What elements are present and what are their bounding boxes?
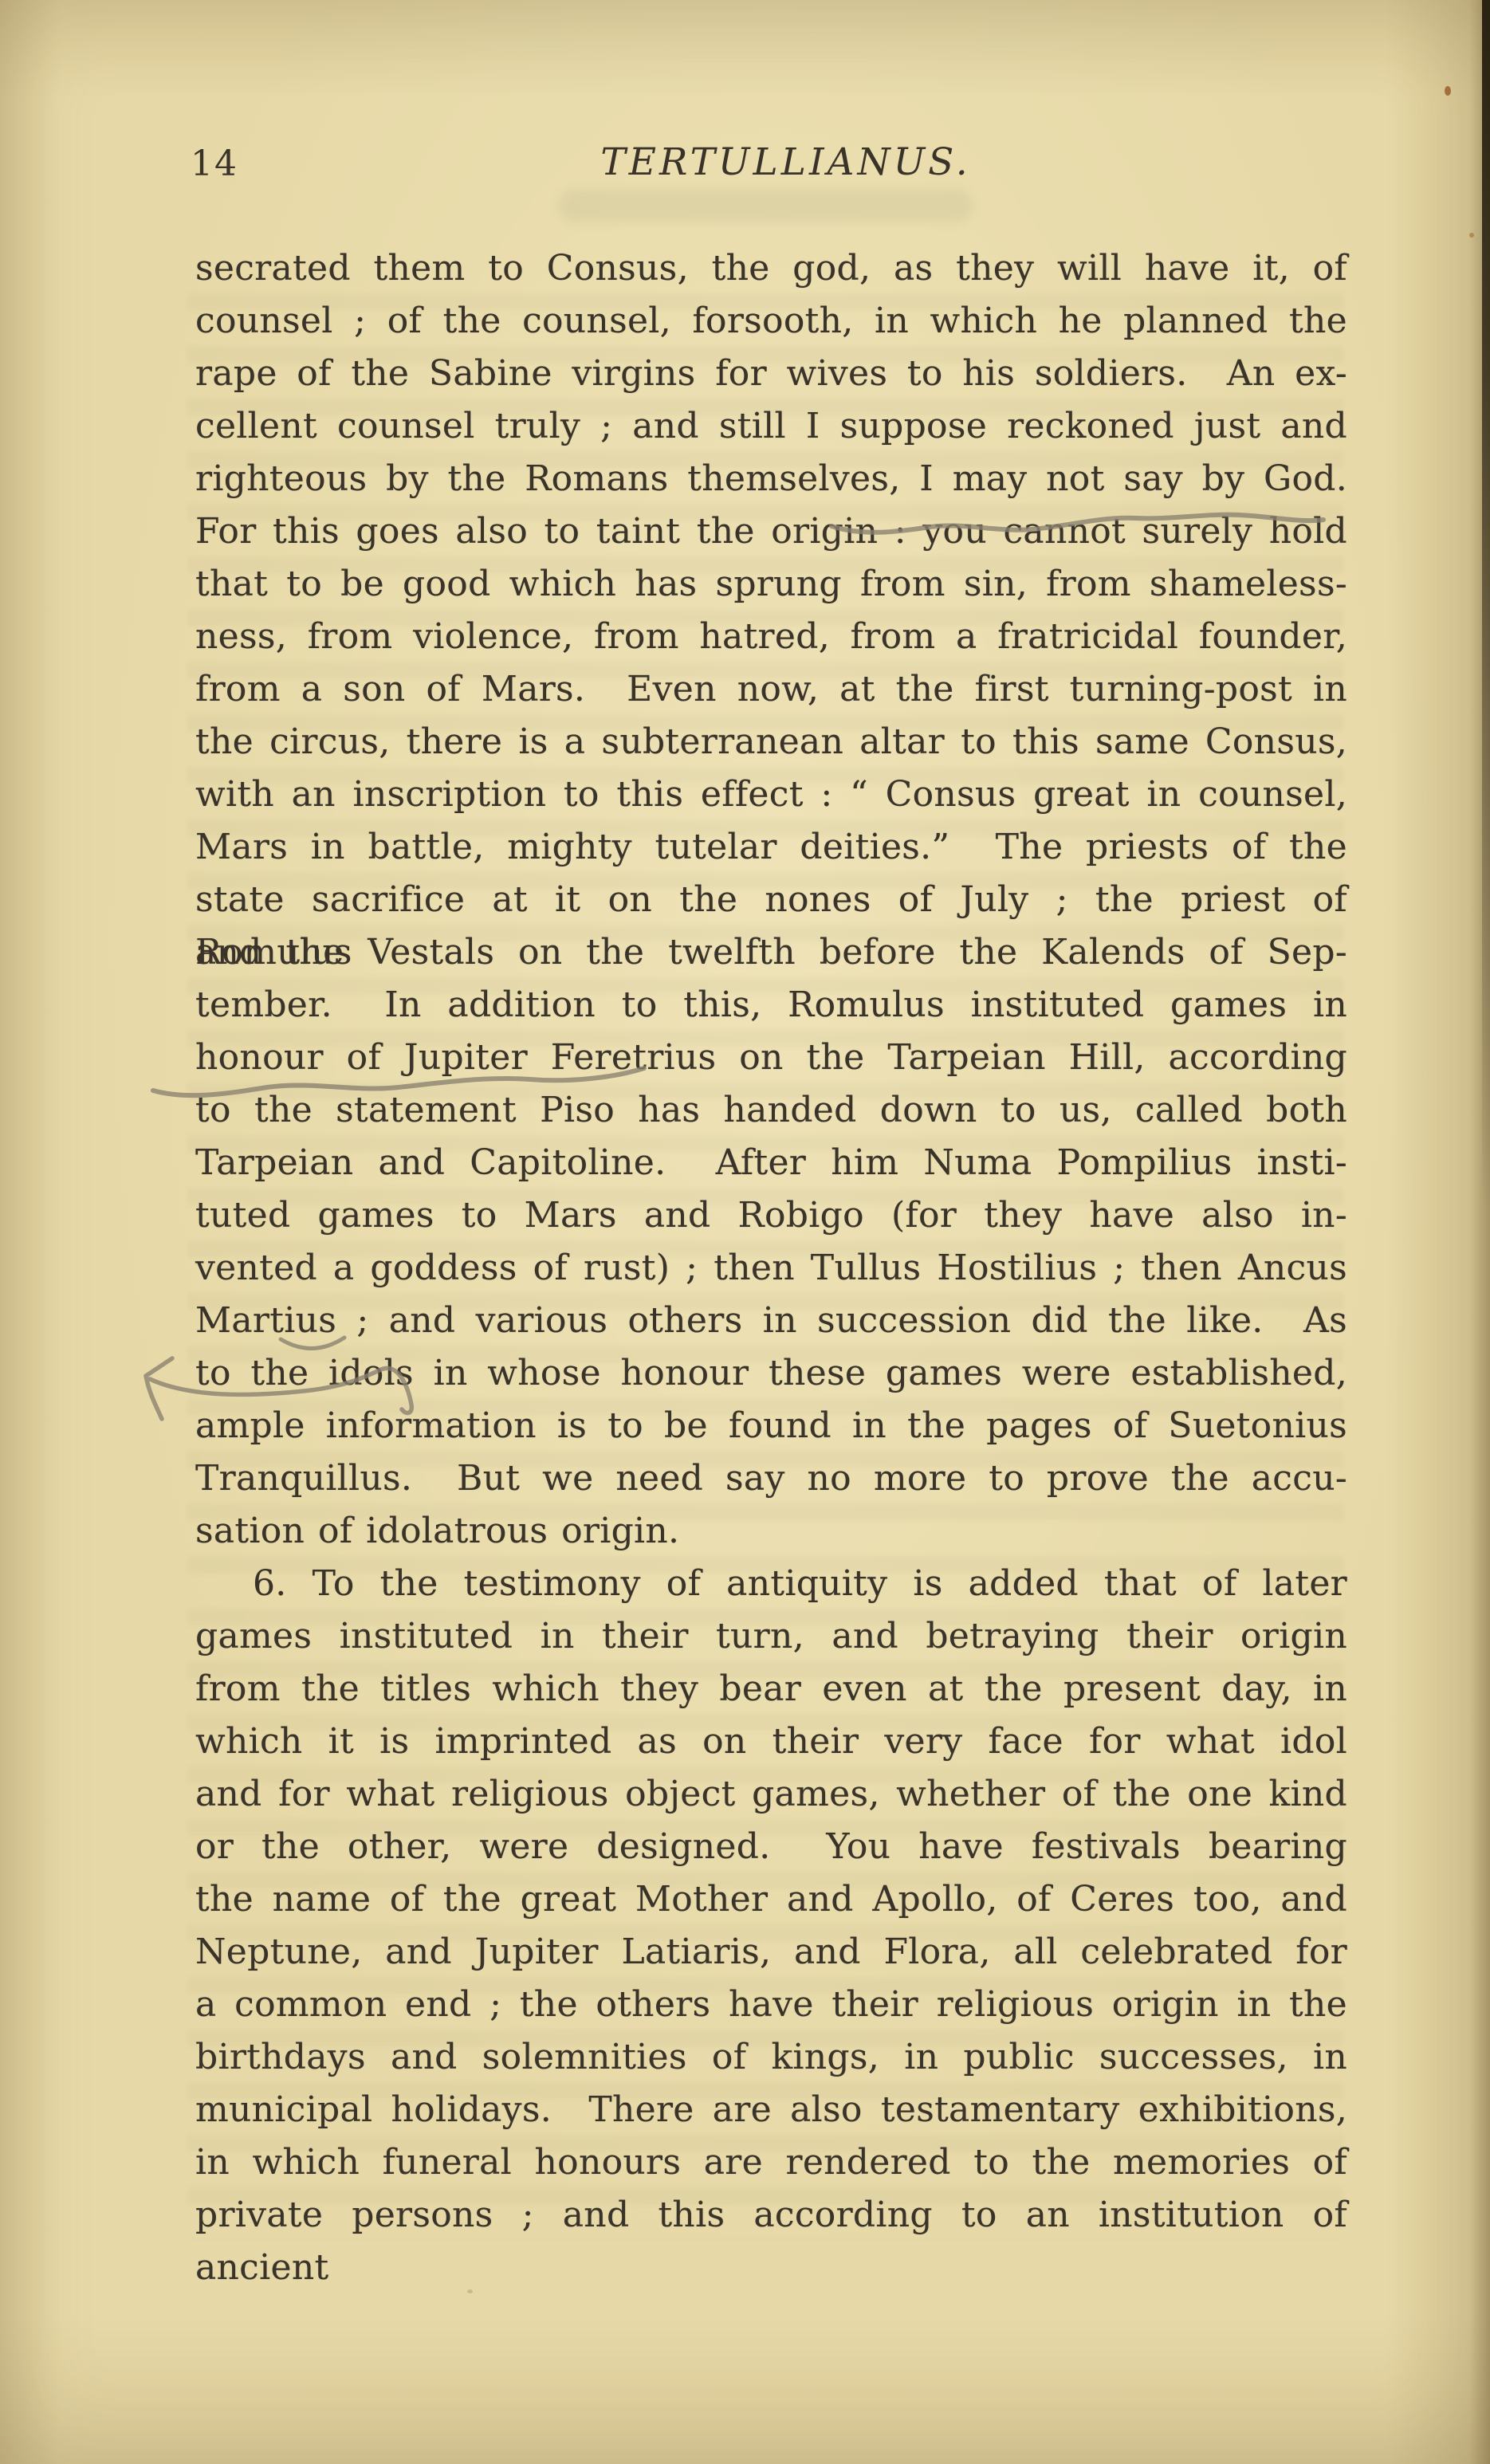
body-text: secrated them to Consus, the god, as the…	[195, 242, 1347, 2242]
text-line: Tranquillus. But we need say no more to …	[195, 1452, 1347, 1505]
pencil-margin-arrow-descender	[146, 1376, 162, 1419]
running-title: TERTULLIANUS.	[195, 142, 1347, 183]
text-line: counsel ; of the counsel, forsooth, in w…	[195, 295, 1347, 348]
text-line: to the statement Piso has handed down to…	[195, 1084, 1347, 1137]
scanned-book-page: 14 TERTULLIANUS. secrated them to Consus…	[0, 0, 1490, 2464]
text-line-underlined-feretrius: honour of Jupiter Feretrius on the Tarpe…	[195, 1032, 1347, 1084]
text-line: in which funeral honours are rendered to…	[195, 2136, 1347, 2189]
text-line: ample information is to be found in the …	[195, 1400, 1347, 1452]
paper-speck	[467, 2289, 473, 2293]
text-line: Mars in battle, mighty tutelar deities.”…	[195, 821, 1347, 874]
text-line: and the Vestals on the twelfth before th…	[195, 926, 1347, 979]
text-line: or the other, were designed. You have fe…	[195, 1821, 1347, 1873]
text-line: the name of the great Mother and Apollo,…	[195, 1873, 1347, 1926]
text-line: from a son of Mars. Even now, at the fir…	[195, 663, 1347, 716]
text-line-underlined-god: righteous by the Romans themselves, I ma…	[195, 453, 1347, 505]
text-line: state sacrifice at it on the nones of Ju…	[195, 874, 1347, 926]
text-line: and for what religious object games, whe…	[195, 1768, 1347, 1821]
text-line: from the titles which they bear even at …	[195, 1663, 1347, 1715]
text-line: private persons ; and this according to …	[195, 2189, 1347, 2242]
text-line: Neptune, and Jupiter Latiaris, and Flora…	[195, 1926, 1347, 1979]
scan-edge-dark-strip	[1482, 0, 1490, 1212]
text-line: secrated them to Consus, the god, as the…	[195, 242, 1347, 295]
text-line: which it is imprinted as on their very f…	[195, 1715, 1347, 1768]
text-line: with an inscription to this effect : “ C…	[195, 768, 1347, 821]
text-line: municipal holidays. There are also testa…	[195, 2084, 1347, 2136]
pencil-margin-arrow-arm	[146, 1358, 172, 1376]
text-line: For this goes also to taint the origin :…	[195, 505, 1347, 558]
text-line-paragraph-start: 6. To the testimony of antiquity is adde…	[195, 1558, 1347, 1610]
text-line: tember. In addition to this, Romulus ins…	[195, 979, 1347, 1032]
page-edge-shadow	[1469, 0, 1490, 2464]
text-line: vented a goddess of rust) ; then Tullus …	[195, 1242, 1347, 1295]
text-line-arc-martius: Martius ; and various others in successi…	[195, 1295, 1347, 1347]
text-line: the circus, there is a subterranean alta…	[195, 716, 1347, 768]
text-line: Tarpeian and Capitoline. After him Numa …	[195, 1137, 1347, 1189]
text-line-paragraph-end: sation of idolatrous origin.	[195, 1505, 1347, 1558]
text-line: rape of the Sabine virgins for wives to …	[195, 348, 1347, 400]
text-line: a common end ; the others have their rel…	[195, 1979, 1347, 2031]
text-line: games instituted in their turn, and betr…	[195, 1610, 1347, 1663]
text-line: tuted games to Mars and Robigo (for they…	[195, 1189, 1347, 1242]
text-line: that to be good which has sprung from si…	[195, 558, 1347, 611]
reverse-page-bleed-through-title	[558, 190, 973, 222]
text-line: ness, from violence, from hatred, from a…	[195, 611, 1347, 663]
text-line: cellent counsel truly ; and still I supp…	[195, 400, 1347, 453]
paper-speck	[1469, 233, 1474, 238]
paper-speck	[1445, 86, 1451, 96]
text-line: birthdays and solemnities of kings, in p…	[195, 2031, 1347, 2084]
page-header: 14 TERTULLIANUS.	[195, 142, 1347, 190]
text-line-margin-marked: to the idols in whose honour these games…	[195, 1347, 1347, 1400]
